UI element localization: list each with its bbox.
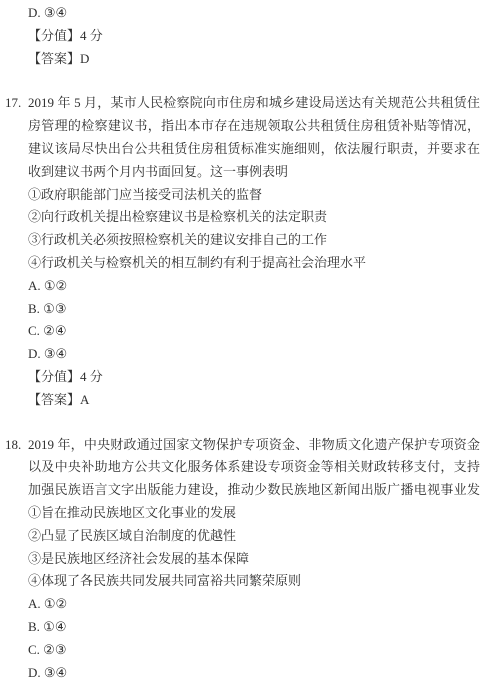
question-18-stem-row: 18. 2019 年，中央财政通过国家文物保护专项资金、非物质文化遗产保护专项资… (5, 434, 480, 502)
choice-option-c: C. ②④ (28, 320, 480, 343)
score-label: 【分值】4 分 (28, 366, 480, 389)
question-number: 17. (5, 92, 28, 183)
answer-label: 【答案】A (28, 389, 480, 412)
statement-item-2: ②向行政机关提出检察建议书是检察机关的法定职责 (28, 206, 480, 229)
score-label: 【分值】4 分 (28, 25, 480, 48)
statement-item-1: ①政府职能部门应当接受司法机关的监督 (28, 184, 480, 207)
question-18-options: ①旨在推动民族地区文化事业的发展 ②凸显了民族区域自治制度的优越性 ③是民族地区… (28, 502, 480, 683)
statement-item-3: ③是民族地区经济社会发展的基本保障 (28, 548, 480, 571)
question-17-block: 17. 2019 年 5 月，某市人民检察院向市住房和城乡建设局送达有关规范公共… (5, 92, 480, 411)
answer-label: 【答案】D (28, 48, 480, 71)
choice-option-b: B. ①③ (28, 298, 480, 321)
question-stem: 2019 年，中央财政通过国家文物保护专项资金、非物质文化遗产保护专项资金以及中… (28, 434, 480, 502)
choice-option-a: A. ①② (28, 275, 480, 298)
choice-option-d: D. ③④ (28, 662, 480, 683)
question-17-options: ①政府职能部门应当接受司法机关的监督 ②向行政机关提出检察建议书是检察机关的法定… (28, 184, 480, 412)
statement-item-1: ①旨在推动民族地区文化事业的发展 (28, 502, 480, 525)
question-18-block: 18. 2019 年，中央财政通过国家文物保护专项资金、非物质文化遗产保护专项资… (5, 434, 480, 683)
statement-item-2: ②凸显了民族区域自治制度的优越性 (28, 525, 480, 548)
choice-option-b: B. ①④ (28, 616, 480, 639)
exam-page: D. ③④ 【分值】4 分 【答案】D 17. 2019 年 5 月，某市人民检… (5, 2, 480, 683)
prev-question-answer-block: D. ③④ 【分值】4 分 【答案】D (28, 2, 480, 70)
statement-item-4: ④体现了各民族共同发展共同富裕共同繁荣原则 (28, 570, 480, 593)
statement-item-4: ④行政机关与检察机关的相互制约有利于提高社会治理水平 (28, 252, 480, 275)
question-stem: 2019 年 5 月，某市人民检察院向市住房和城乡建设局送达有关规范公共租赁住房… (28, 92, 480, 183)
choice-option-a: A. ①② (28, 593, 480, 616)
choice-option-d: D. ③④ (28, 343, 480, 366)
question-number: 18. (5, 434, 28, 502)
question-17-stem-row: 17. 2019 年 5 月，某市人民检察院向市住房和城乡建设局送达有关规范公共… (5, 92, 480, 183)
statement-item-3: ③行政机关必须按照检察机关的建议安排自己的工作 (28, 229, 480, 252)
choice-option-d: D. ③④ (28, 2, 480, 25)
choice-option-c: C. ②③ (28, 639, 480, 662)
